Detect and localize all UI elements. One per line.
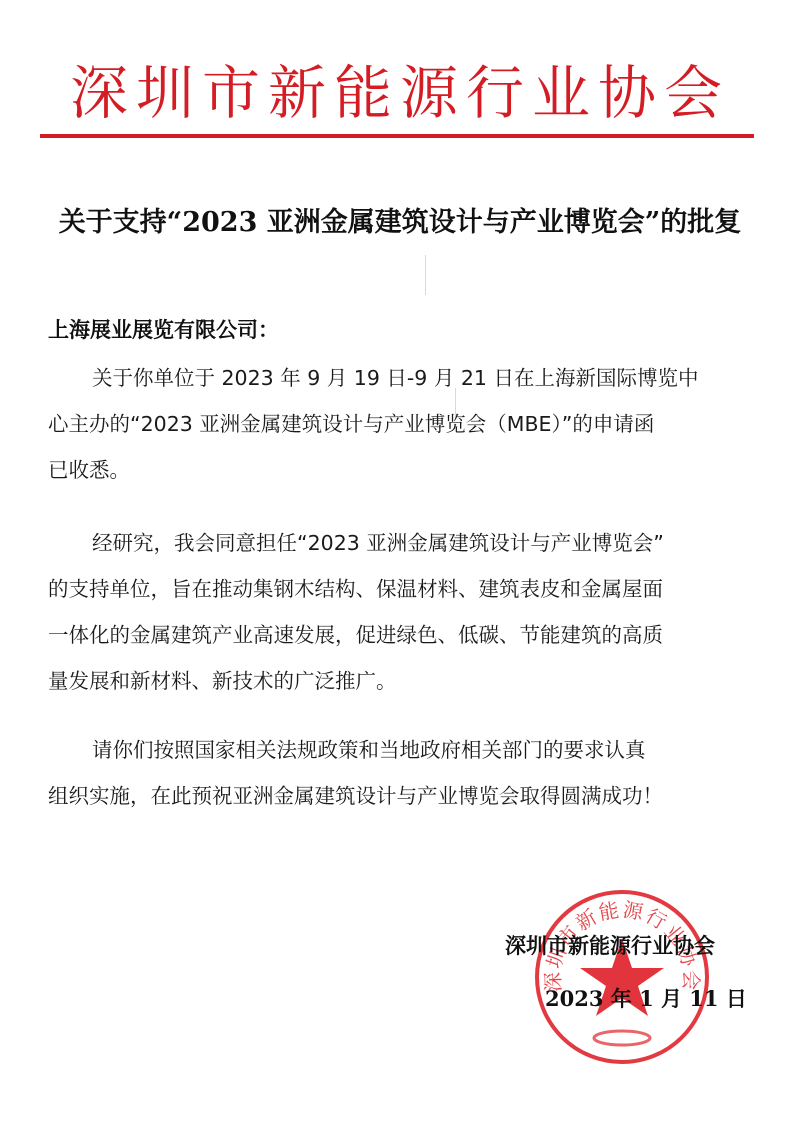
seal-emblem — [594, 1031, 650, 1045]
paragraph-line: 量发展和新材料、新技术的广泛推广。 — [48, 658, 748, 704]
paragraph-line: 组织实施，在此预祝亚洲金属建筑设计与产业博览会取得圆满成功！ — [48, 773, 748, 819]
official-seal: 深圳市新能源行业协会 — [533, 888, 711, 1066]
paragraph-line: 已收悉。 — [48, 447, 748, 493]
document-title: 关于支持“2023 亚洲金属建筑设计与产业博览会”的批复 — [40, 200, 760, 239]
signature-date: 2023 年 1 月 11 日 — [545, 983, 747, 1013]
paragraph-line: 关于你单位于 2023 年 9 月 19 日-9 月 21 日在上海新国际博览中 — [48, 355, 748, 401]
paragraph-1: 关于你单位于 2023 年 9 月 19 日-9 月 21 日在上海新国际博览中… — [48, 355, 748, 493]
paragraph-2: 经研究，我会同意担任“2023 亚洲金属建筑设计与产业博览会” 的支持单位，旨在… — [48, 520, 748, 704]
letterhead-org-name: 深圳市新能源行业协会 — [40, 58, 760, 128]
addressee: 上海展业展览有限公司： — [48, 314, 279, 344]
letterhead-red-rule — [40, 134, 754, 138]
paragraph-line: 心主办的“2023 亚洲金属建筑设计与产业博览会（MBE）”的申请函 — [48, 401, 748, 447]
paragraph-line: 经研究，我会同意担任“2023 亚洲金属建筑设计与产业博览会” — [48, 520, 748, 566]
paragraph-line: 一体化的金属建筑产业高速发展，促进绿色、低碳、节能建筑的高质 — [48, 612, 748, 658]
scan-fold-mark — [425, 255, 426, 295]
paragraph-3: 请你们按照国家相关法规政策和当地政府相关部门的要求认真 组织实施，在此预祝亚洲金… — [48, 727, 748, 819]
paragraph-line: 的支持单位，旨在推动集钢木结构、保温材料、建筑表皮和金属屋面 — [48, 566, 748, 612]
paragraph-line: 请你们按照国家相关法规政策和当地政府相关部门的要求认真 — [48, 727, 748, 773]
signature-org: 深圳市新能源行业协会 — [505, 930, 715, 960]
